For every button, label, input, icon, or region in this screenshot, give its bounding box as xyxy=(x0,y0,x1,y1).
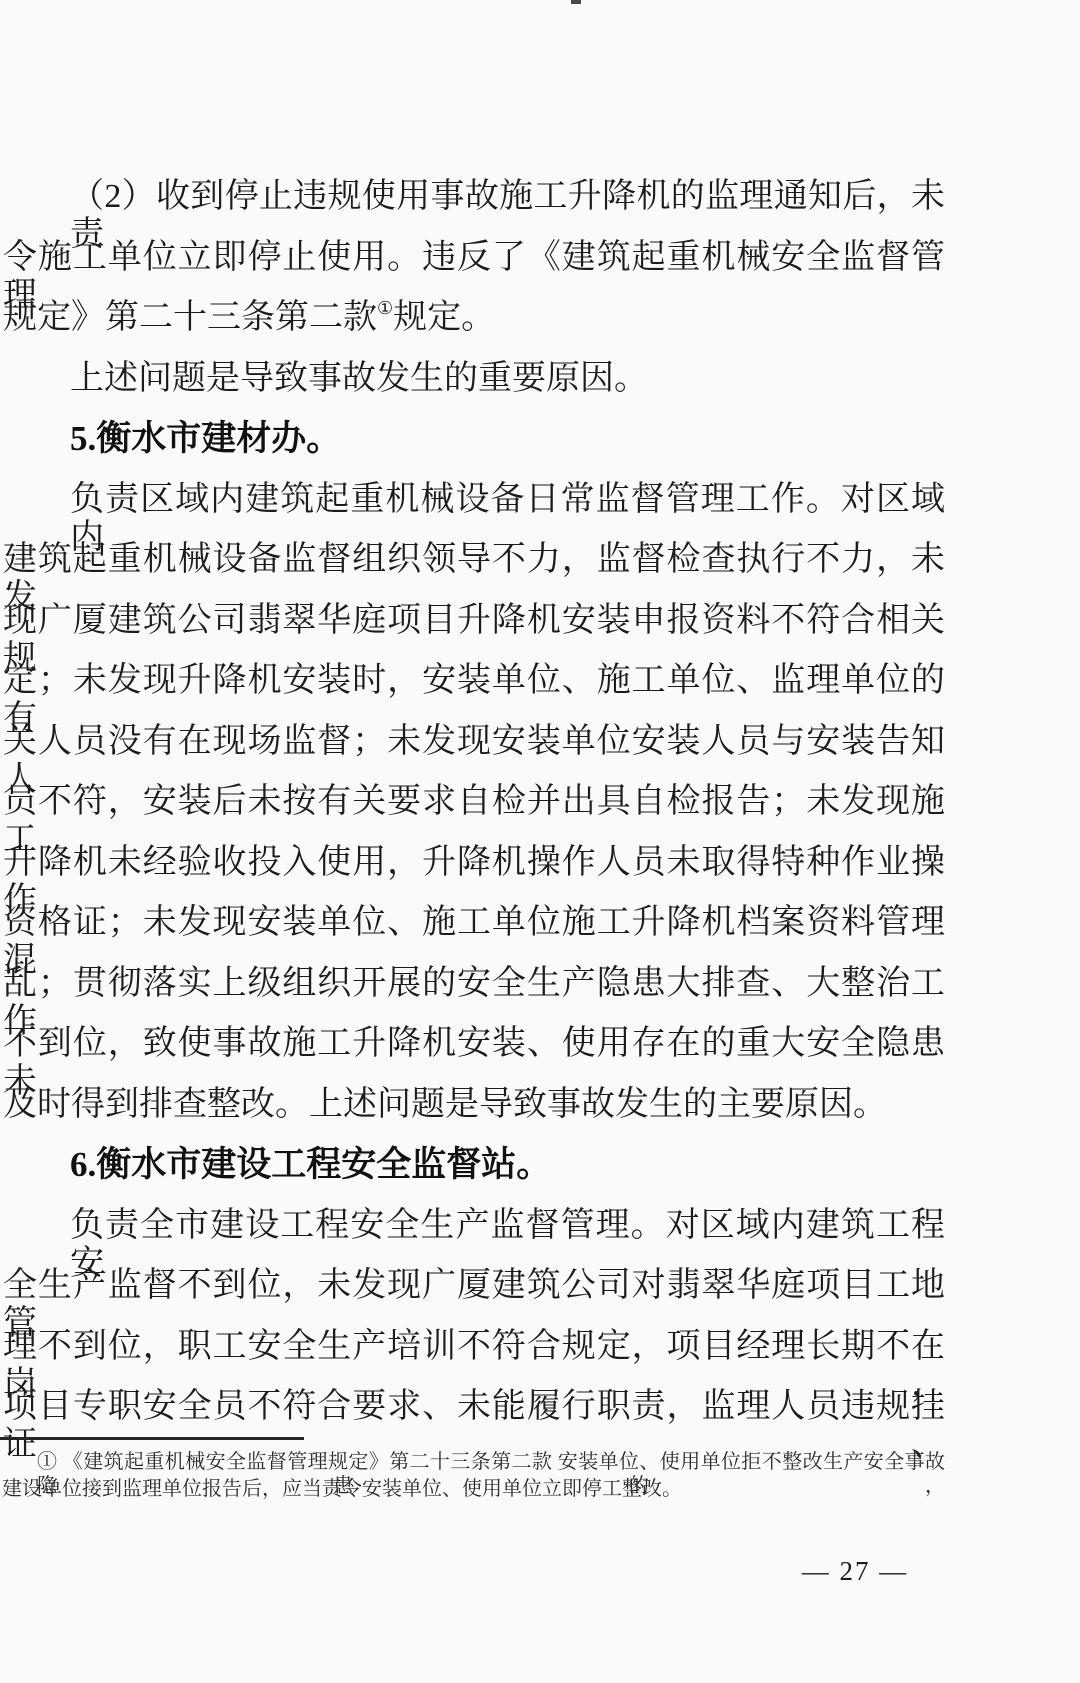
footnote-separator-rule xyxy=(0,1437,304,1440)
body-line: 规定》第二十三条第二款①规定。 xyxy=(3,299,945,337)
page-number: — 27 — xyxy=(780,1556,930,1587)
scan-artifact-mark xyxy=(571,0,581,4)
section-heading: 5.衡水市建材办。 xyxy=(3,420,945,458)
section-heading: 6.衡水市建设工程安全监督站。 xyxy=(3,1146,945,1184)
footnote-line-2: 建设单位接到监理单位报告后，应当责令安装单位、使用单位立即停工整改。 xyxy=(2,1477,682,1501)
body-line: 上述问题是导致事故发生的重要原因。 xyxy=(3,360,945,398)
document-page: （2）收到停止违规使用事故施工升降机的监理通知后，未责令施工单位立即停止使用。违… xyxy=(0,0,1080,1683)
body-line: 及时得到排查整改。上述问题是导致事故发生的主要原因。 xyxy=(3,1086,945,1124)
footnote-reference-marker: ① xyxy=(377,298,393,318)
